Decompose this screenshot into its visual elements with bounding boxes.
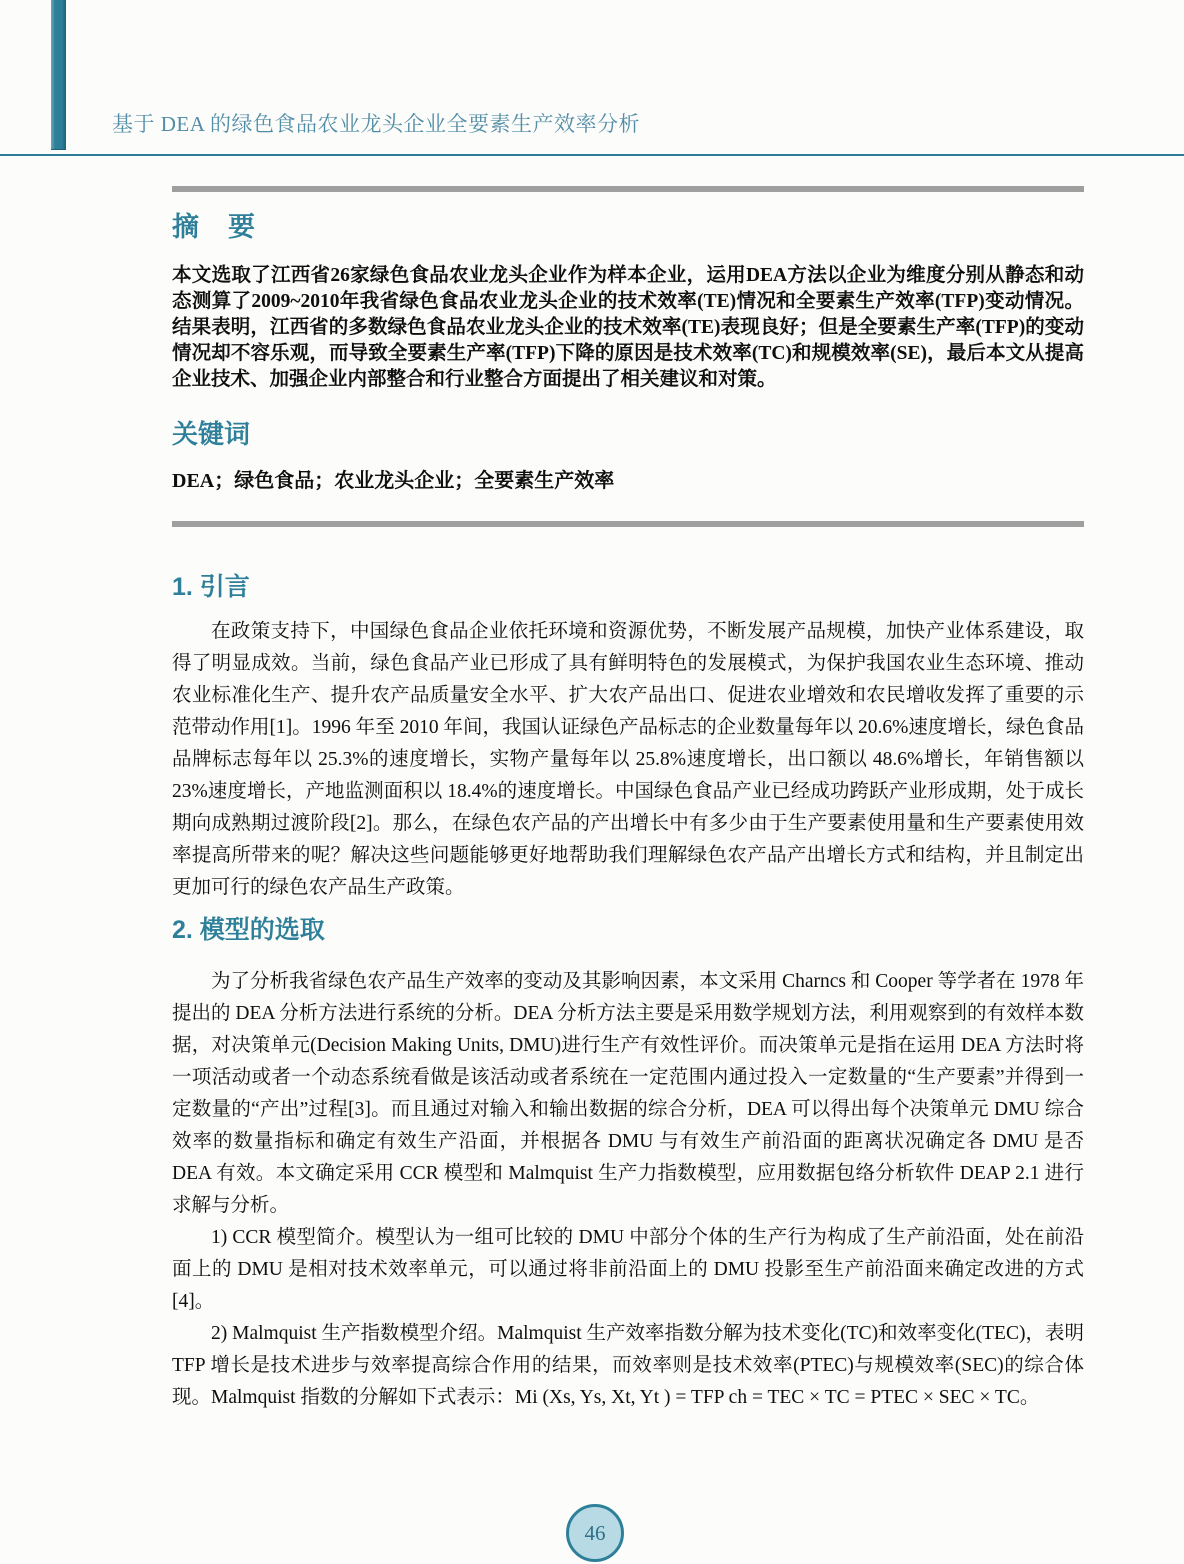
section-2-paragraph-2: 1) CCR 模型简介。模型认为一组可比较的 DMU 中部分个体的生产行为构成了…: [172, 1222, 1084, 1318]
abstract-text: 本文选取了江西省26家绿色食品农业龙头企业作为样本企业，运用DEA方法以企业为维…: [172, 263, 1084, 393]
keywords-text: DEA；绿色食品；农业龙头企业；全要素生产效率: [172, 464, 1084, 493]
page-number-badge: 46: [566, 1504, 624, 1562]
keywords-heading: 关键词: [172, 420, 1084, 450]
running-header-title: 基于 DEA 的绿色食品农业龙头企业全要素生产效率分析: [112, 108, 640, 138]
header-rule: [0, 154, 1184, 156]
paper-page: 基于 DEA 的绿色食品农业龙头企业全要素生产效率分析 摘 要 本文选取了江西省…: [0, 0, 1184, 1564]
section-1-paragraph: 在政策支持下，中国绿色食品企业依托环境和资源优势，不断发展产品规模，加快产业体系…: [172, 616, 1084, 904]
section-2-heading: 2. 模型的选取: [172, 916, 1084, 945]
section-2-paragraph-1: 为了分析我省绿色农产品生产效率的变动及其影响因素，本文采用 Charncs 和 …: [172, 966, 1084, 1222]
header-accent-bar: [51, 0, 66, 150]
abstract-heading: 摘 要: [172, 212, 1084, 243]
bottom-divider-bar: [172, 521, 1084, 527]
section-1-heading: 1. 引言: [172, 573, 1084, 602]
article-body: 摘 要 本文选取了江西省26家绿色食品农业龙头企业作为样本企业，运用DEA方法以…: [172, 183, 1084, 1414]
section-2-paragraph-3: 2) Malmquist 生产指数模型介绍。Malmquist 生产效率指数分解…: [172, 1318, 1084, 1414]
top-divider-bar: [172, 186, 1084, 192]
